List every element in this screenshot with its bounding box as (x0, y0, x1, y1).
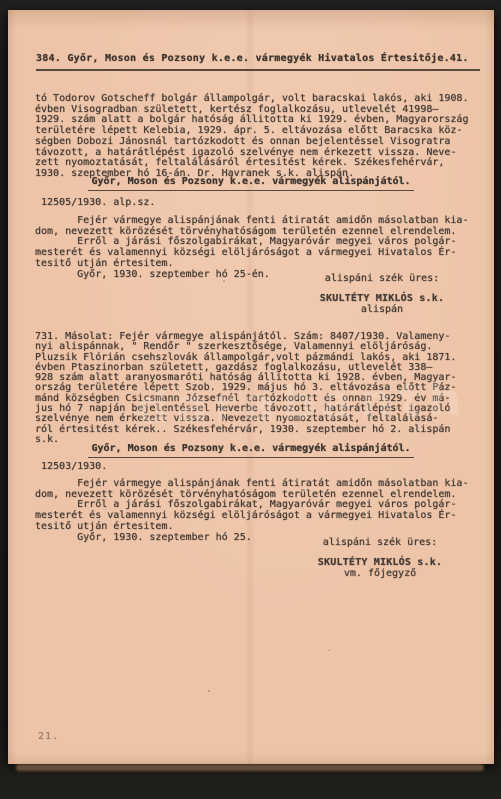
office-heading-1: Győr, Moson és Pozsony k.e.e. vármegyék … (88, 177, 413, 191)
page-number: 21. (38, 732, 59, 743)
office-heading-row-1: Győr, Moson és Pozsony k.e.e. vármegyék … (8, 177, 494, 191)
paper-speck (223, 280, 225, 282)
signatory-title-1: alispán (294, 305, 470, 316)
decree-paragraph-1: Fejér vármegye alispánjának fenti átirat… (35, 216, 487, 280)
copy-notice-paragraph-731: 731. Másolat: Fejér vármegye alispánjátó… (35, 332, 487, 445)
signatory-title-2: vm. főjegyző (296, 569, 464, 580)
signature-block-2: alispáni szék üres: SKULTÉTY MIKLÓS s.k.… (296, 538, 464, 580)
signatory-name-2: SKULTÉTY MIKLÓS s.k. (296, 558, 464, 569)
vacancy-note-1: alispáni szék üres: (294, 274, 470, 285)
paper-speck (208, 690, 210, 692)
reference-number-1: 12505/1930. alp.sz. (41, 198, 155, 209)
gazette-header-line: 384. Győr, Moson és Pozsony k.e.e. várme… (36, 54, 480, 71)
signatory-name-1: SKULTÉTY MIKLÓS s.k. (294, 294, 470, 305)
scan-background: { "colors": { "paper": "#eec4a8", "ink":… (0, 0, 501, 799)
vacancy-note-2: alispáni szék üres: (296, 538, 464, 549)
paper-bottom-edge (16, 764, 484, 771)
signature-block-1: alispáni szék üres: SKULTÉTY MIKLÓS s.k.… (294, 274, 470, 316)
reference-number-2: 12503/1930. (41, 462, 107, 473)
office-heading-2: Győr, Moson és Pozsony k.e.e. vármegyék … (88, 444, 413, 458)
paper-speck (138, 110, 139, 112)
continuation-paragraph: tó Todorov Gotscheff bolgár állampolgár,… (35, 94, 487, 180)
decree-paragraph-2: Fejér vármegye alispánjának fenti átirat… (35, 479, 487, 543)
paper-speck (328, 650, 330, 651)
office-heading-row-2: Győr, Moson és Pozsony k.e.e. vármegyék … (8, 444, 494, 458)
document-paper: 384. Győr, Moson és Pozsony k.e.e. várme… (8, 10, 494, 764)
